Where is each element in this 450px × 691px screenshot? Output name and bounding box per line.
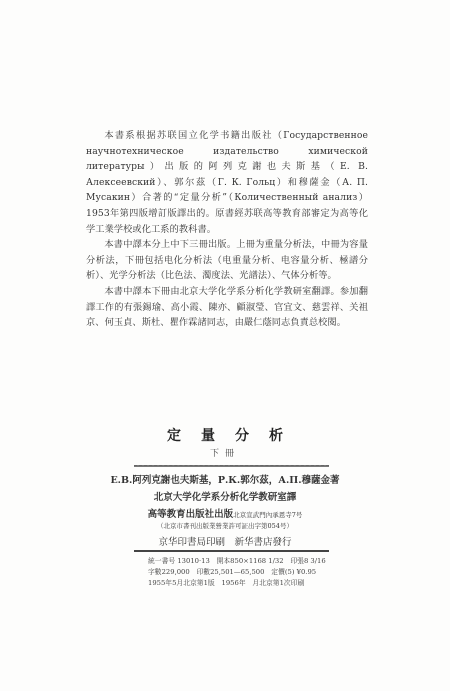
preface-paragraph-translators: 本書中譯本下冊由北京大学化学系分析化学教研室翻譯。参加翻譯工作的有張錫瑜、高小霞… xyxy=(86,284,368,331)
pubinfo-row-2: 字數229,000 印數25,501—65,500 定價(5) ¥0.95 xyxy=(148,567,328,579)
authors-line: Е.В.阿列克謝也夫斯基，Р.К.郭尔茲，А.П.穆薩金著 xyxy=(0,472,450,486)
publisher-address: 北京宣武門內承恩寺7号 xyxy=(233,511,302,519)
preface: 本書系根据苏联国立化学书籍出版社（Государственное научнот… xyxy=(86,128,368,331)
license-line: （北京市書刊出版業營業許可証出字第054号） xyxy=(0,521,450,530)
preface-paragraph-volumes: 本書中譯本分上中下三冊出版。上冊为重量分析法，中冊为容量分析法，下冊包括电化分析… xyxy=(86,237,368,284)
translator-line: 北京大学化学系分析化学教研室譯 xyxy=(0,489,450,503)
preface-paragraph-source: 本書系根据苏联国立化学书籍出版社（Государственное научнот… xyxy=(86,128,368,237)
pubinfo-row-3: 1955年5月北京第1版 1956年 月北京第1次印刷 xyxy=(148,578,328,590)
printer-line: 京华印書局印刷 新华書店發行 xyxy=(0,534,450,548)
divider-rule-bottom xyxy=(134,550,329,552)
document-page: 本書系根据苏联国立化学书籍出版社（Государственное научнот… xyxy=(0,0,450,691)
publisher-line: 高等教育出版社出版北京宣武門內承恩寺7号 xyxy=(0,506,450,520)
publisher-name: 高等教育出版社出版 xyxy=(148,509,234,520)
pubinfo-row-1: 統一書号 13010·13 開本850×1168 1/32 印張8 3/16 xyxy=(148,556,328,568)
book-title: 定量分析 xyxy=(0,425,450,445)
divider-rule-top xyxy=(134,465,329,467)
volume-label: 下冊 xyxy=(0,446,450,459)
